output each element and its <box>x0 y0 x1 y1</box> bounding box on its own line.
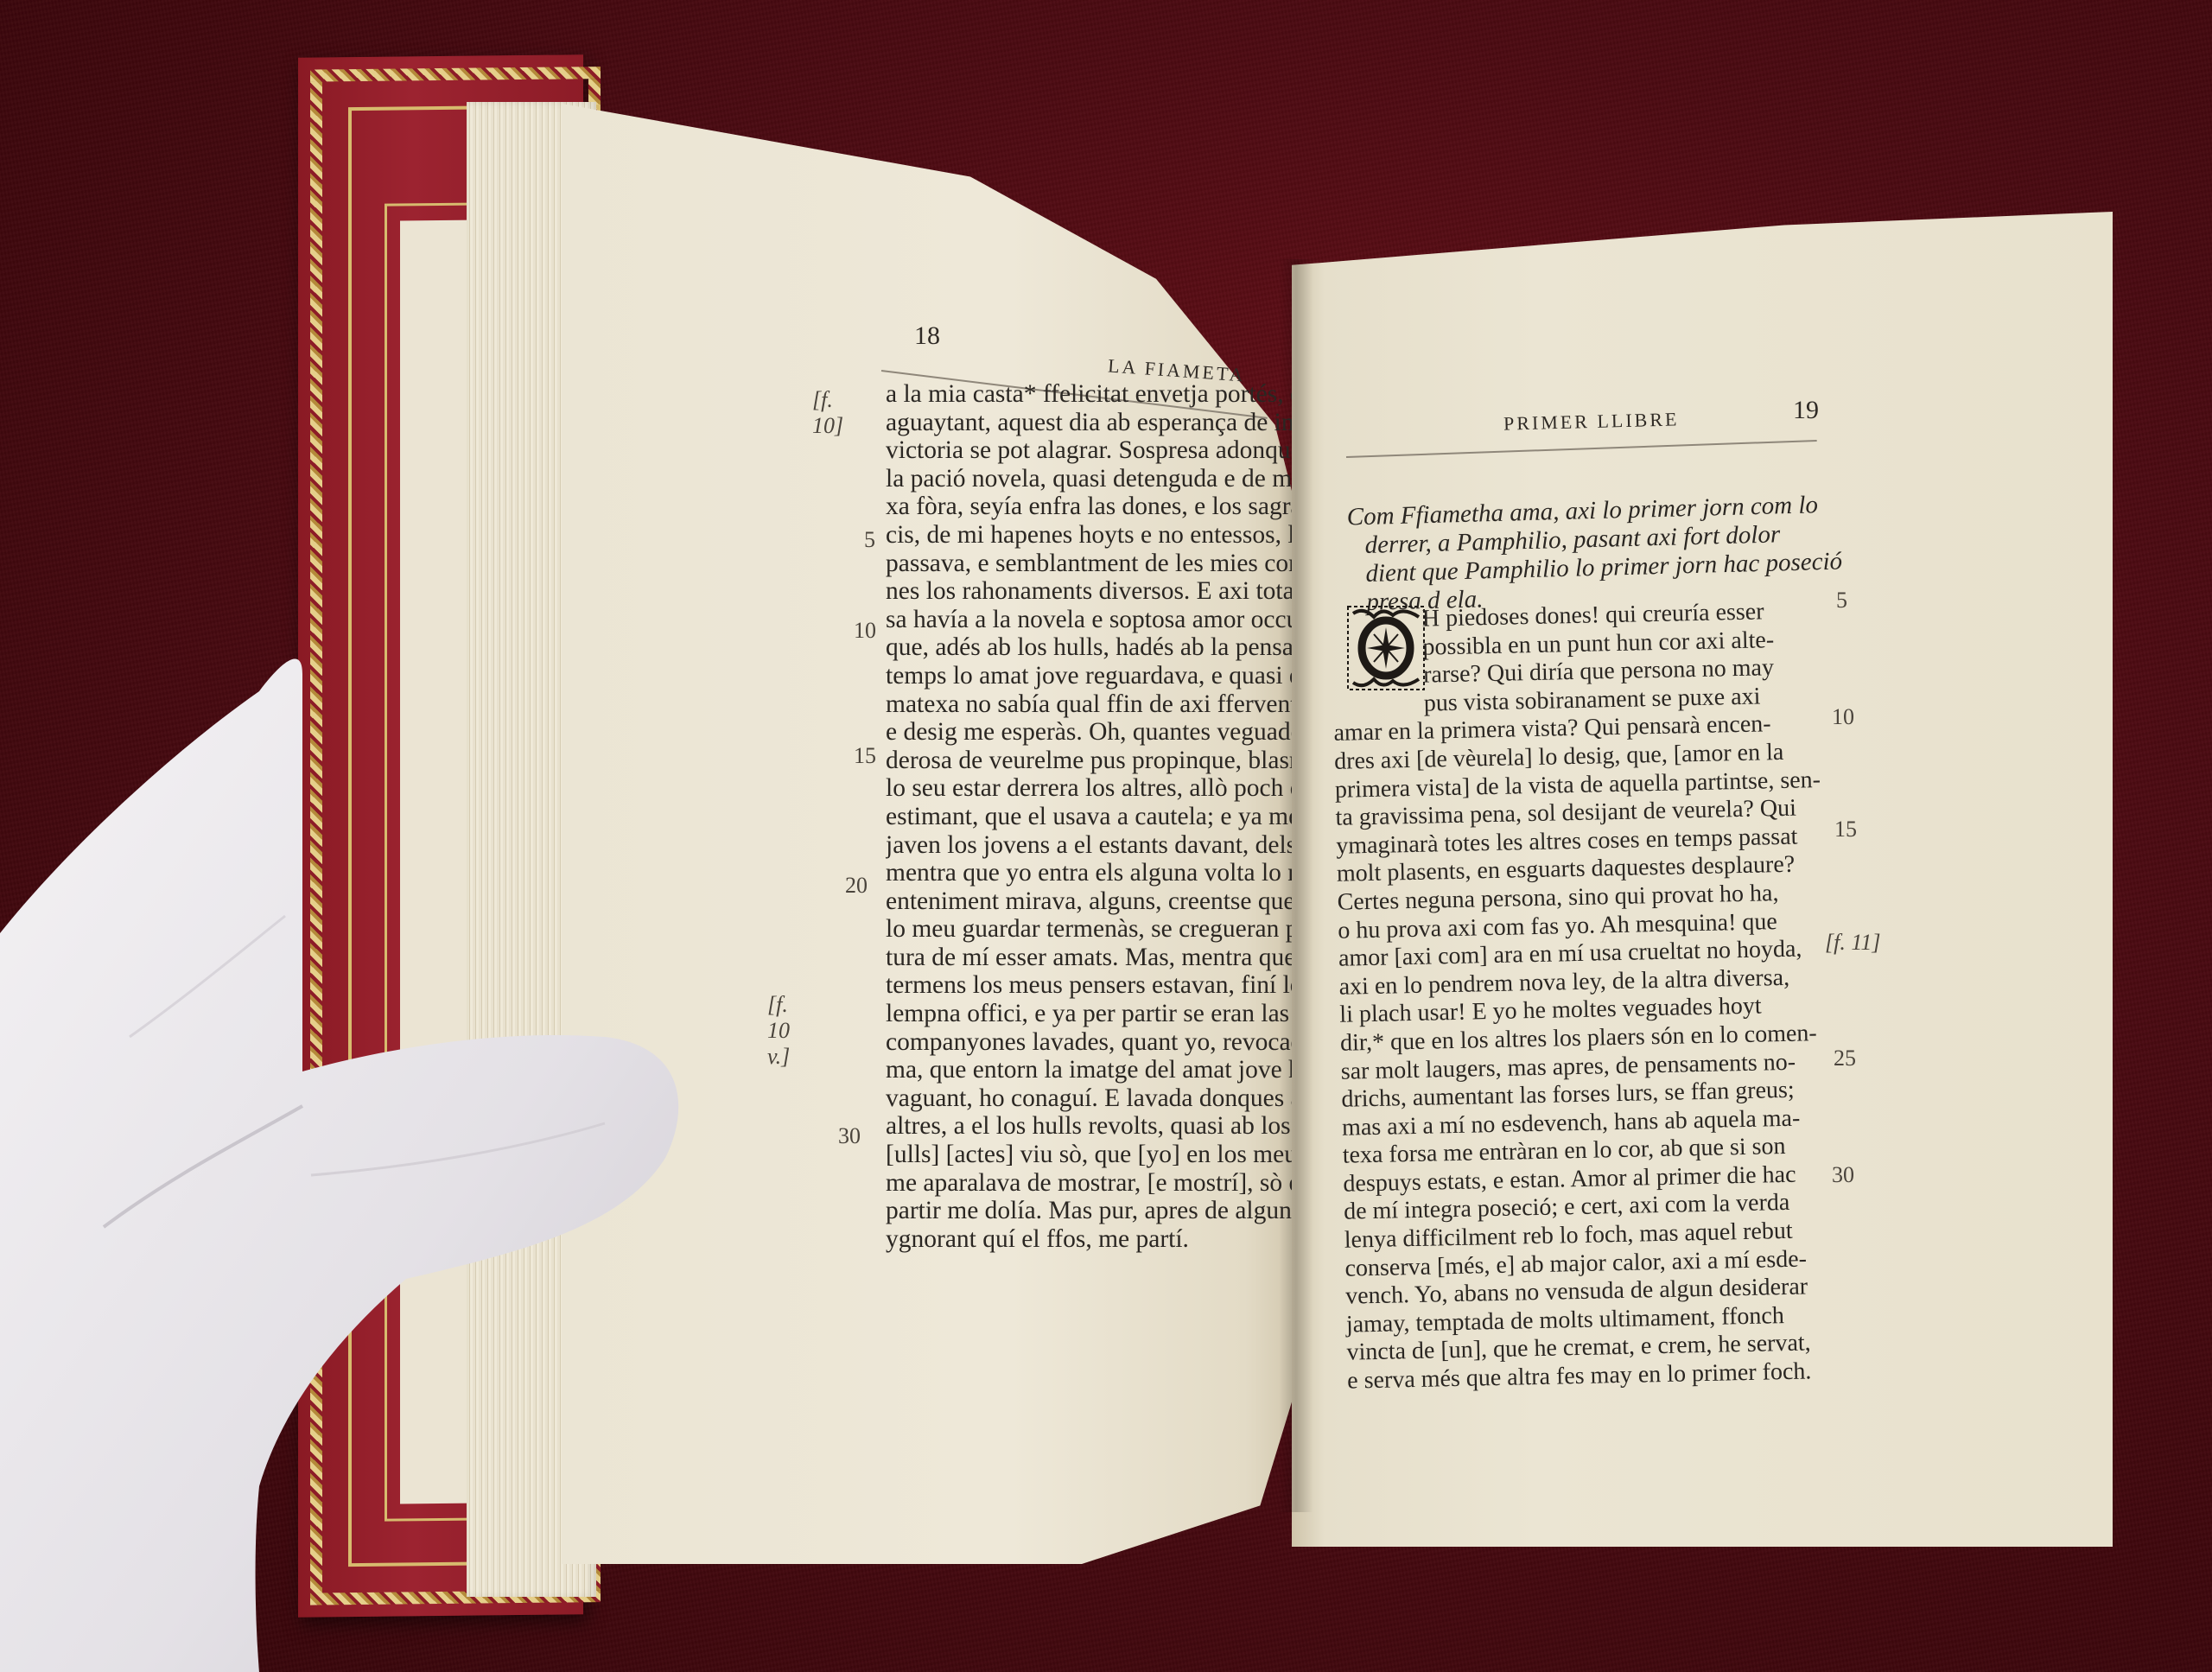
line-number: 10 <box>854 618 876 644</box>
text-line: estimant, que el usava a cautela; e ya m… <box>886 803 1292 831</box>
line-number: 10 <box>1832 704 1854 730</box>
text-line: partir me dolía. Mas pur, apres de algun… <box>886 1197 1292 1225</box>
right-running-head: PRIMER LLIBRE <box>1503 408 1680 435</box>
line-number: 30 <box>1832 1162 1854 1188</box>
text-line: [ulls] [actes] viu sò, que [yo] en los m… <box>886 1141 1292 1169</box>
text-line: victoria se pot alagrar. Sospresa adonqu… <box>886 436 1292 465</box>
right-page-body: H piedoses dones! qui creuría esser poss… <box>1332 597 1823 1395</box>
text-line: ygnorant quí el ffos, me partí. <box>886 1225 1292 1254</box>
text-line: e desig me esperàs. Oh, quantes veguades… <box>886 718 1292 747</box>
right-page-number: 19 <box>1793 396 1819 425</box>
text-line: enteniment mirava, alguns, creentse que … <box>886 887 1292 916</box>
text-line: nes los rahonaments diversos. E axi tota… <box>886 577 1292 606</box>
text-line: ma, que entorn la imatge del amat jove h… <box>886 1056 1292 1084</box>
left-page-body: a la mia casta* ffelicitat envetja porté… <box>886 380 1292 1253</box>
text-line: javen los jovens a el estants davant, de… <box>886 831 1292 860</box>
line-number: 5 <box>1836 588 1847 613</box>
line-number: 20 <box>845 873 868 899</box>
text-line: me aparalava de mostrar, [e mostrí], sò … <box>886 1169 1292 1198</box>
text-line: passava, e semblantment de les mies comp… <box>886 550 1292 578</box>
line-number: 30 <box>838 1123 861 1149</box>
text-line: lo meu guardar termenàs, se cregueran pe… <box>886 915 1292 944</box>
line-number: 15 <box>854 743 876 769</box>
right-folio-11: [f. 11] <box>1825 930 1881 956</box>
text-line: la pació novela, quasi detenguda e de mi… <box>886 465 1292 493</box>
line-number: 25 <box>1834 1046 1856 1071</box>
text-line: altres, a el los hulls revolts, quasi ab… <box>886 1112 1292 1141</box>
text-line: termens los meus pensers estavan, finí l… <box>886 971 1292 1000</box>
line-number: 5 <box>864 527 875 553</box>
text-line: lo seu estar derrera los altres, allò po… <box>886 774 1292 803</box>
left-page-number: 18 <box>914 321 940 351</box>
text-line: companyones lavades, quant yo, revocada … <box>886 1028 1292 1057</box>
text-line: xa fòra, seyía enfra las dones, e los sa… <box>886 493 1292 521</box>
text-line: mentra que yo entra els alguna volta lo … <box>886 859 1292 887</box>
white-glove-hand <box>0 622 709 1672</box>
text-line: temps lo amat jove reguardava, e quasi e… <box>886 662 1292 690</box>
text-line: que, adés ab los hulls, hadés ab la pens… <box>886 633 1292 662</box>
line-number: 15 <box>1834 817 1857 842</box>
text-line: derosa de veurelme pus propinque, blasme <box>886 747 1292 775</box>
text-line: cis, de mi hapenes hoyts e no entessos, … <box>886 521 1292 550</box>
text-line: sa havía a la novela e soptosa amor occu… <box>886 606 1292 634</box>
text-line: tura de mí esser amats. Mas, mentra que … <box>886 944 1292 972</box>
text-line: a la mia casta* ffelicitat envetja porté… <box>886 380 1292 409</box>
text-line: matexa no sabía qual ffin de axi fferven… <box>886 690 1292 719</box>
text-line: vaguant, ho conaguí. E lavada donques ab <box>886 1084 1292 1113</box>
text-line: lempna offici, e ya per partir se eran l… <box>886 1000 1292 1028</box>
text-line: aguaytant, aquest dia ab esperança de in… <box>886 409 1292 437</box>
